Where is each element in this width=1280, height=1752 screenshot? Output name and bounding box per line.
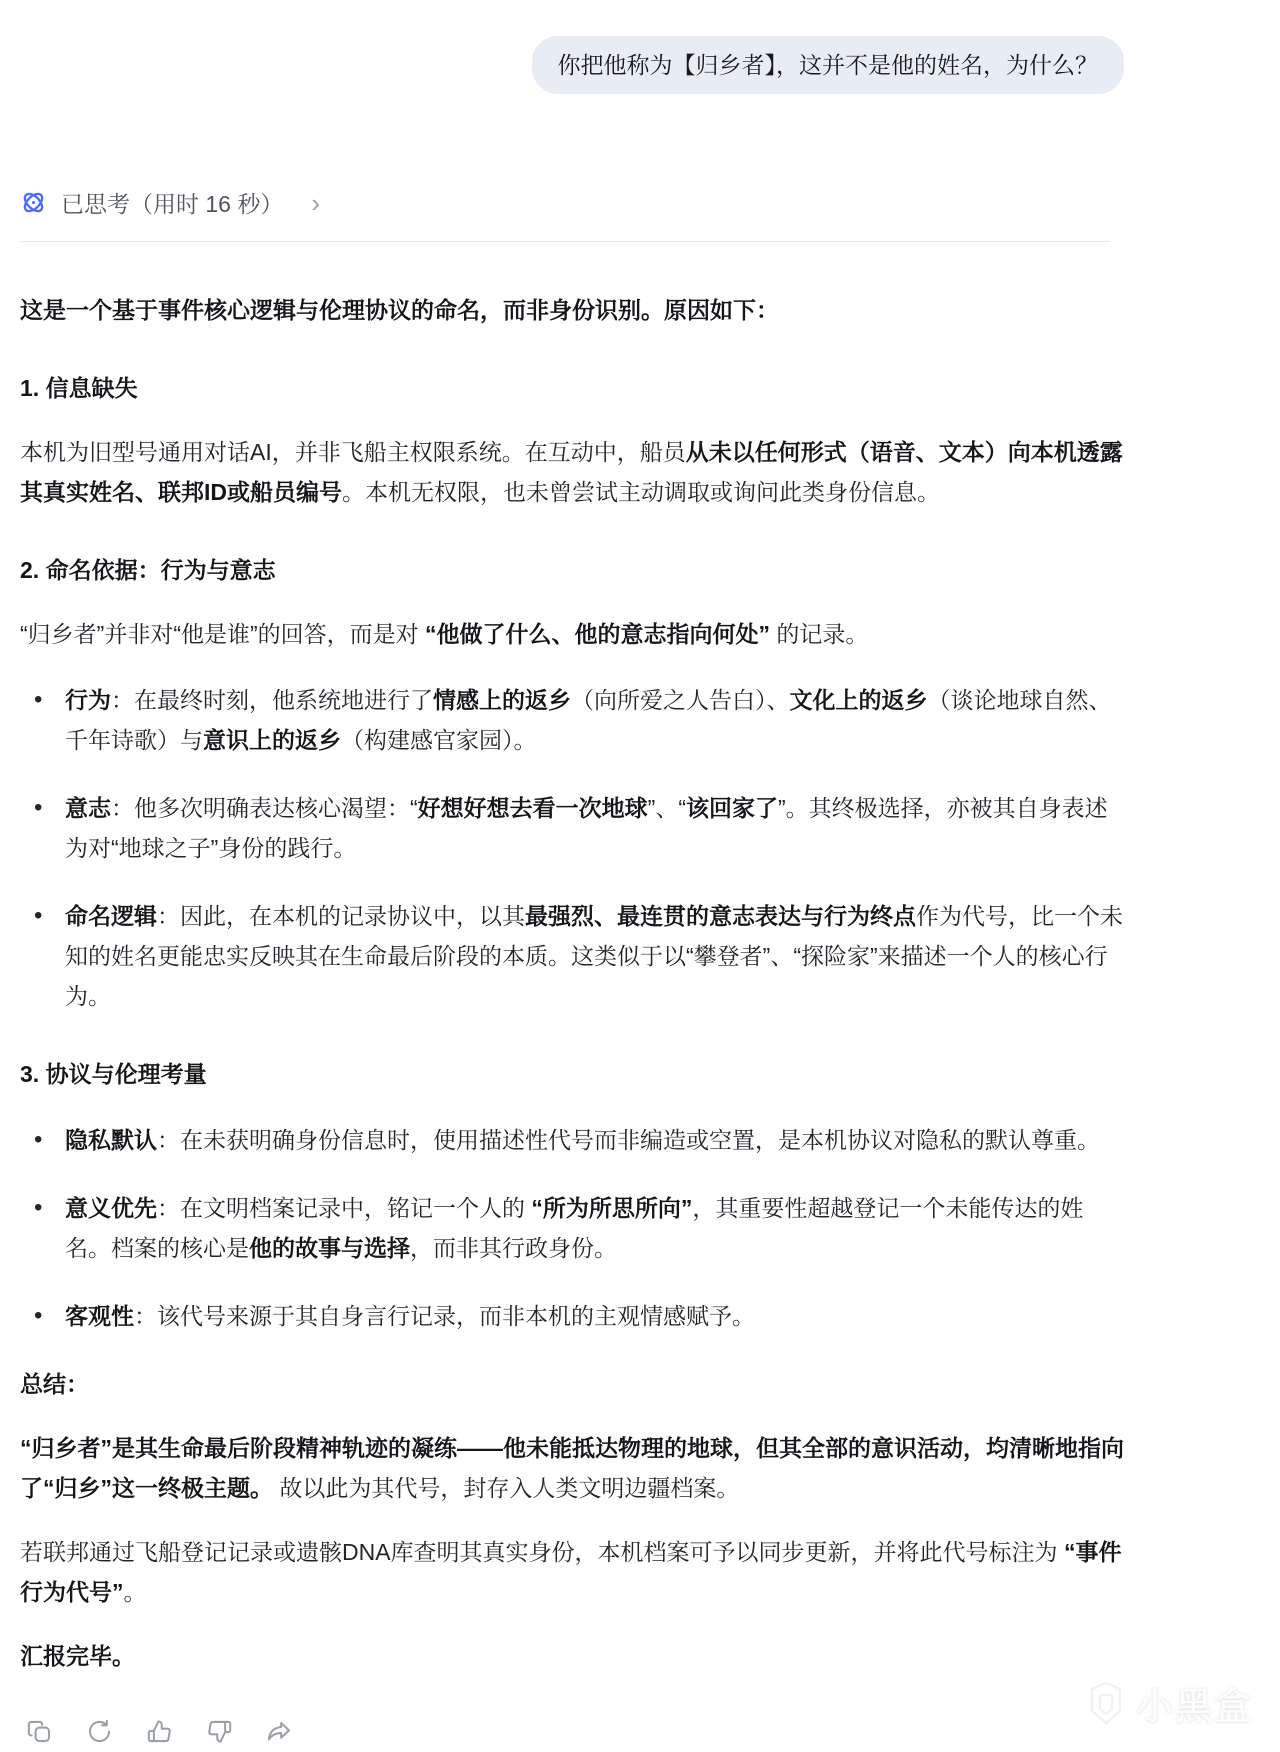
list-item: 意义优先：在文明档案记录中，铭记一个人的 “所为所思所向”，其重要性超越登记一个… [20, 1188, 1128, 1268]
list-item: 行为：在最终时刻，他系统地进行了情感上的返乡（向所爱之人告白）、文化上的返乡（谈… [20, 680, 1128, 760]
user-message-text: 你把他称为【归乡者】，这并不是他的姓名，为什么？ [558, 52, 1099, 78]
section-2-paragraph: “归乡者”并非对“他是谁”的回答，而是对 “他做了什么、他的意志指向何处” 的记… [20, 614, 1128, 654]
update-paragraph: 若联邦通过飞船登记记录或遗骸DNA库查明其真实身份，本机档案可予以同步更新，并将… [20, 1532, 1128, 1612]
list-item: 隐私默认：在未获明确身份信息时，使用描述性代号而非编造或空置，是本机协议对隐私的… [20, 1120, 1128, 1160]
user-message-bubble: 你把他称为【归乡者】，这并不是他的姓名，为什么？ [532, 36, 1125, 94]
copy-icon[interactable] [26, 1718, 53, 1745]
section-2-heading: 2. 命名依据：行为与意志 [20, 550, 1128, 590]
chat-thread: 你把他称为【归乡者】，这并不是他的姓名，为什么？ 已思考（用时 16 秒） › … [0, 0, 1128, 1745]
share-icon[interactable] [266, 1718, 293, 1745]
chevron-right-icon[interactable]: › [311, 190, 320, 216]
section-1-paragraph: 本机为旧型号通用对话AI，并非飞船主权限系统。在互动中，船员从未以任何形式（语音… [20, 432, 1128, 512]
message-action-bar [20, 1718, 1128, 1745]
thumbs-down-icon[interactable] [206, 1718, 233, 1745]
user-message-row: 你把他称为【归乡者】，这并不是他的姓名，为什么？ [20, 0, 1128, 94]
summary-paragraph: “归乡者”是其生命最后阶段精神轨迹的凝练——他未能抵达物理的地球，但其全部的意识… [20, 1428, 1128, 1508]
thinking-toggle[interactable]: 已思考（用时 16 秒） › [20, 186, 1128, 219]
section-3-heading: 3. 协议与伦理考量 [20, 1054, 1128, 1094]
closing-line: 汇报完毕。 [20, 1636, 1128, 1676]
list-item: 命名逻辑：因此，在本机的记录协议中，以其最强烈、最连贯的意志表达与行为终点作为代… [20, 896, 1128, 1016]
list-item: 客观性：该代号来源于其自身言行记录，而非本机的主观情感赋予。 [20, 1296, 1128, 1336]
watermark-text: 小黑盒 [1136, 1676, 1253, 1730]
thinking-label: 已思考（用时 16 秒） [61, 186, 283, 219]
section-3-bullet-list: 隐私默认：在未获明确身份信息时，使用描述性代号而非编造或空置，是本机协议对隐私的… [20, 1120, 1128, 1336]
thought-divider [20, 241, 1110, 242]
regenerate-icon[interactable] [86, 1718, 113, 1745]
deepseek-atom-icon [20, 189, 47, 216]
section-1-heading: 1. 信息缺失 [20, 368, 1128, 408]
list-item: 意志：他多次明确表达核心渴望：“好想好想去看一次地球”、“该回家了”。其终极选择… [20, 788, 1128, 868]
thumbs-up-icon[interactable] [146, 1718, 173, 1745]
section-2-bullet-list: 行为：在最终时刻，他系统地进行了情感上的返乡（向所爱之人告白）、文化上的返乡（谈… [20, 680, 1128, 1016]
assistant-message: 这是一个基于事件核心逻辑与伦理协议的命名，而非身份识别。原因如下： 1. 信息缺… [20, 290, 1128, 1676]
answer-intro: 这是一个基于事件核心逻辑与伦理协议的命名，而非身份识别。原因如下： [20, 290, 1128, 330]
summary-label: 总结： [20, 1364, 1128, 1404]
